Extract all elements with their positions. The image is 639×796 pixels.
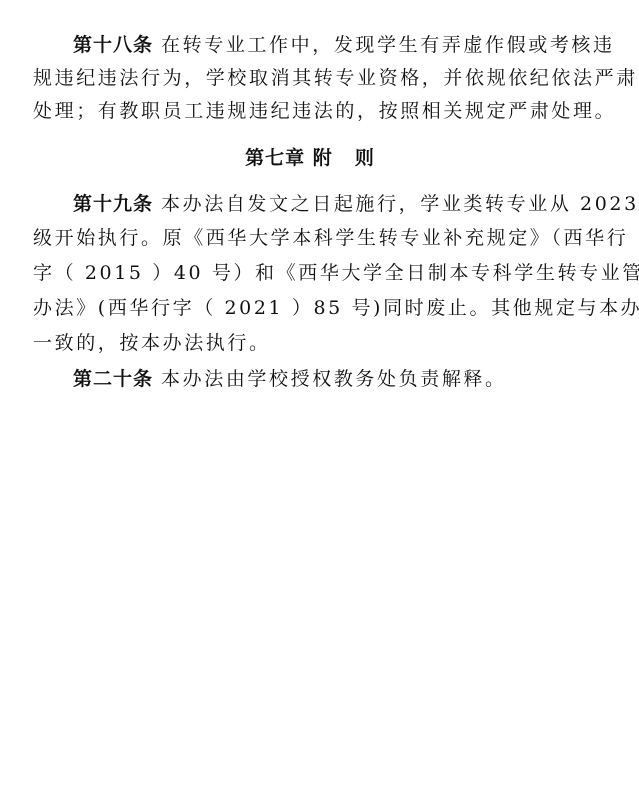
chapter-title-part2: 则 — [355, 147, 375, 169]
article-19-text: 本办法自发文之日起施行，学业类转专业从 2023 — [161, 193, 639, 215]
article-20-line-1: 第二十条本办法由学校授权教务处负责解释。 — [33, 362, 587, 396]
article-19-line-5: 一致的，按本办法执行。 — [33, 326, 587, 360]
article-20-label: 第二十条 — [73, 368, 153, 390]
article-19-line-2: 级开始执行。原《西华大学本科学生转专业补充规定》（西华行 — [33, 221, 587, 255]
article-19-line-1: 第十九条本办法自发文之日起施行，学业类转专业从 2023 — [33, 187, 587, 221]
article-19-line-4: 办法》(西华行字（ 2021 ）85 号)同时废止。其他规定与本办法不 — [33, 291, 587, 325]
article-18-text: 在转专业工作中，发现学生有弄虚作假或考核违 — [161, 34, 615, 56]
article-19-label: 第十九条 — [73, 193, 153, 215]
article-18-line-1: 第十八条在转专业工作中，发现学生有弄虚作假或考核违 — [33, 28, 587, 62]
chapter-title-part1: 附 — [313, 147, 333, 169]
chapter-heading: 第七章 附则 — [33, 141, 587, 175]
article-18-label: 第十八条 — [73, 34, 153, 56]
article-18-line-2: 规违纪违法行为，学校取消其转专业资格，并依规依纪依法严肃 — [33, 61, 587, 95]
article-18-line-3: 处理；有教职员工违规违纪违法的，按照相关规定严肃处理。 — [33, 94, 587, 128]
article-20-text: 本办法由学校授权教务处负责解释。 — [161, 368, 507, 390]
chapter-number: 第七章 — [245, 147, 305, 169]
article-19-line-3: 字（ 2015 ）40 号）和《西华大学全日制本专科学生转专业管理 — [33, 256, 587, 290]
